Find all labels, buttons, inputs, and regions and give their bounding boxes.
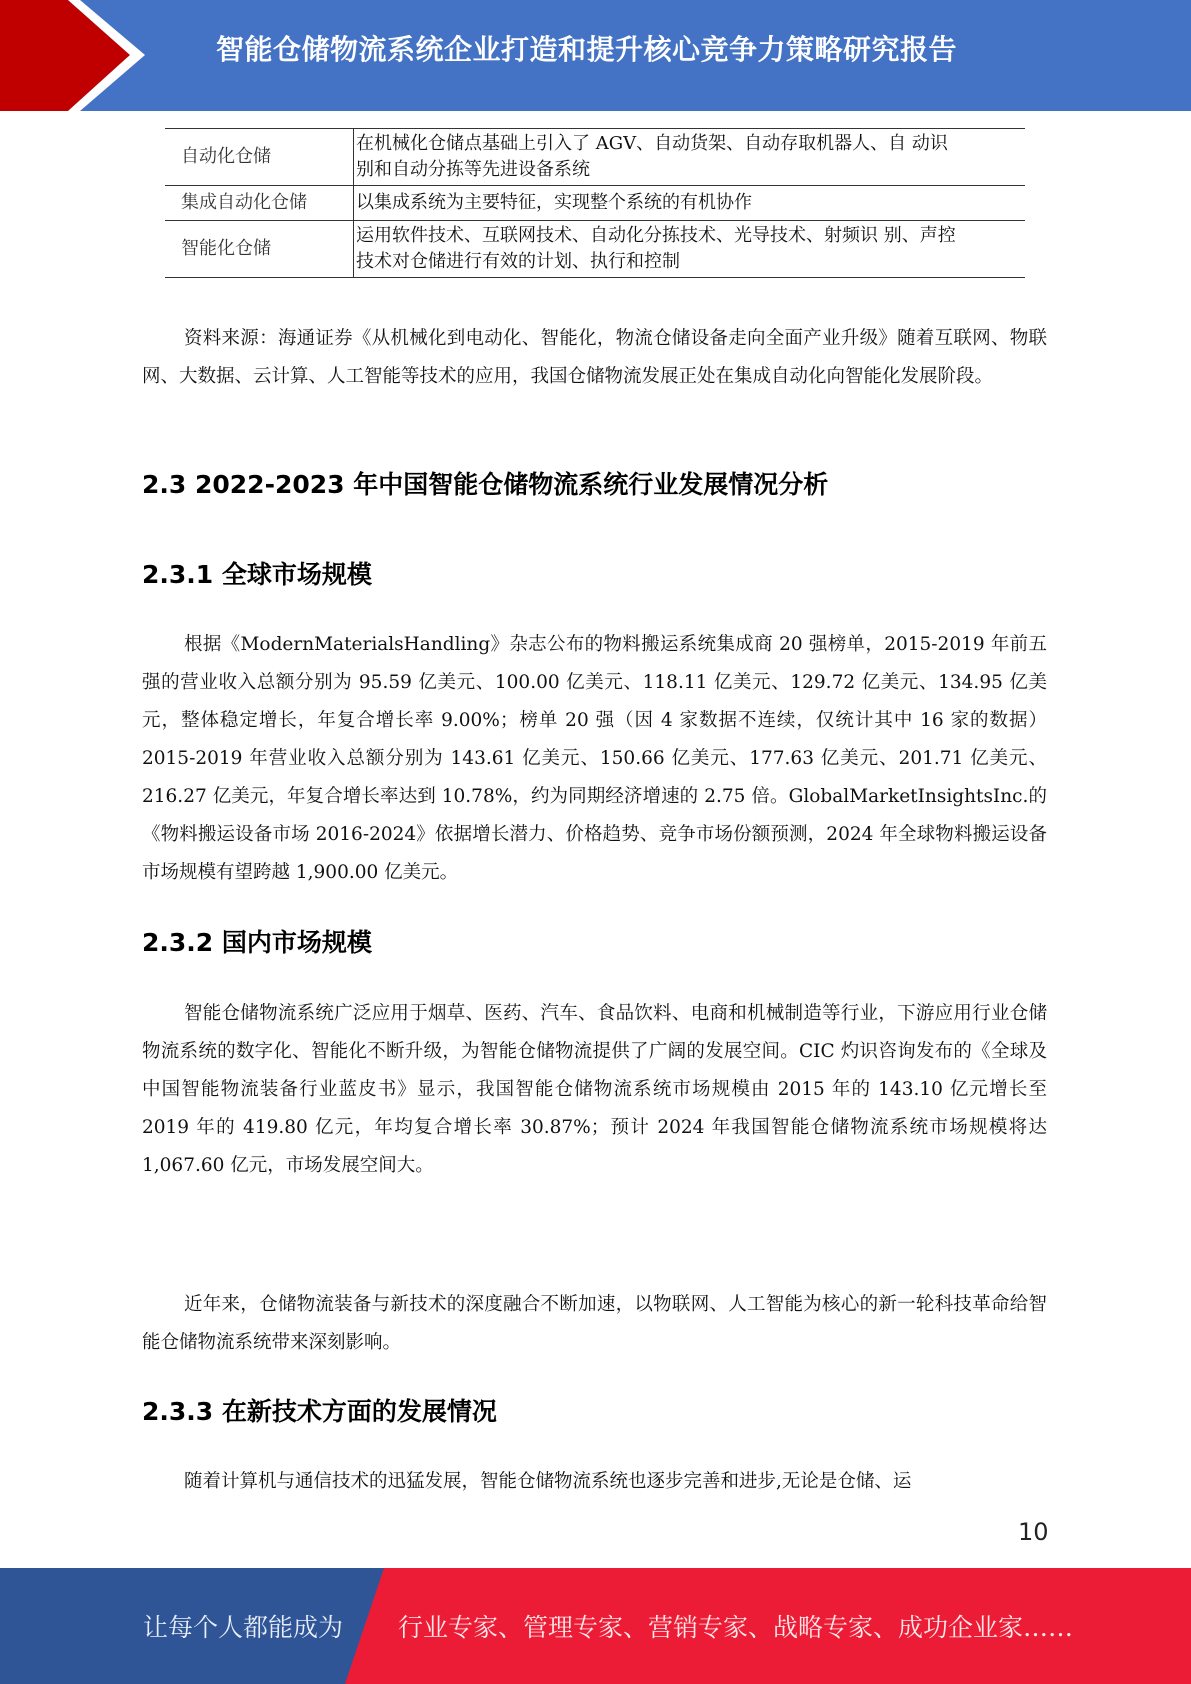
warehouse-stages-table: 自动化仓储 在机械化仓储点基础上引入了 AGV、自动货架、自动存取机器人、自 动…: [165, 128, 1025, 278]
chevron-arrow-icon: [0, 0, 150, 111]
section-heading-2-3-3: 2.3.3 在新技术方面的发展情况: [142, 1392, 497, 1428]
section-heading-2-3-2: 2.3.2 国内市场规模: [142, 923, 372, 959]
table-cell-desc: 运用软件技术、互联网技术、自动化分拣技术、光导技术、射频识 别、声控 技术对仓储…: [354, 221, 1026, 278]
page-number: 10: [1018, 1518, 1049, 1546]
table-row: 自动化仓储 在机械化仓储点基础上引入了 AGV、自动货架、自动存取机器人、自 动…: [165, 129, 1025, 186]
section-heading-2-3-1: 2.3.1 全球市场规模: [142, 555, 372, 591]
table-cell-term: 自动化仓储: [165, 129, 354, 186]
tech-paragraph: 随着计算机与通信技术的迅猛发展，智能仓储物流系统也逐步完善和进步,无论是仓储、运: [142, 1463, 1047, 1501]
desc-line: 技术对仓储进行有效的计划、执行和控制: [356, 249, 1023, 275]
global-market-paragraph: 根据《ModernMaterialsHandling》杂志公布的物料搬运系统集成…: [142, 626, 1047, 892]
table-cell-term: 集成自动化仓储: [165, 186, 354, 221]
footer-slogan-right: 行业专家、管理专家、营销专家、战略专家、成功企业家……: [398, 1608, 1073, 1644]
desc-line: 以集成系统为主要特征，实现整个系统的有机协作: [356, 190, 1023, 216]
table-row: 集成自动化仓储 以集成系统为主要特征，实现整个系统的有机协作: [165, 186, 1025, 221]
tech-intro-paragraph: 近年来，仓储物流装备与新技术的深度融合不断加速，以物联网、人工智能为核心的新一轮…: [142, 1286, 1047, 1362]
section-heading-2-3: 2.3 2022-2023 年中国智能仓储物流系统行业发展情况分析: [142, 465, 828, 501]
table-cell-desc: 以集成系统为主要特征，实现整个系统的有机协作: [354, 186, 1026, 221]
table-cell-desc: 在机械化仓储点基础上引入了 AGV、自动货架、自动存取机器人、自 动识 别和自动…: [354, 129, 1026, 186]
report-header-banner: 智能仓储物流系统企业打造和提升核心竞争力策略研究报告: [0, 0, 1191, 111]
desc-line: 别和自动分拣等先进设备系统: [356, 157, 1023, 183]
source-paragraph: 资料来源：海通证券《从机械化到电动化、智能化，物流仓储设备走向全面产业升级》随着…: [142, 320, 1047, 396]
desc-line: 运用软件技术、互联网技术、自动化分拣技术、光导技术、射频识 别、声控: [356, 223, 1023, 249]
footer-slogan-left: 让每个人都能成为: [143, 1608, 343, 1644]
footer-banner: 让每个人都能成为 行业专家、管理专家、营销专家、战略专家、成功企业家……: [0, 1568, 1191, 1684]
table-row: 智能化仓储 运用软件技术、互联网技术、自动化分拣技术、光导技术、射频识 别、声控…: [165, 221, 1025, 278]
table-cell-term: 智能化仓储: [165, 221, 354, 278]
domestic-market-paragraph: 智能仓储物流系统广泛应用于烟草、医药、汽车、食品饮料、电商和机械制造等行业，下游…: [142, 995, 1047, 1185]
report-title: 智能仓储物流系统企业打造和提升核心竞争力策略研究报告: [216, 28, 957, 68]
desc-line: 在机械化仓储点基础上引入了 AGV、自动货架、自动存取机器人、自 动识: [356, 131, 1023, 157]
